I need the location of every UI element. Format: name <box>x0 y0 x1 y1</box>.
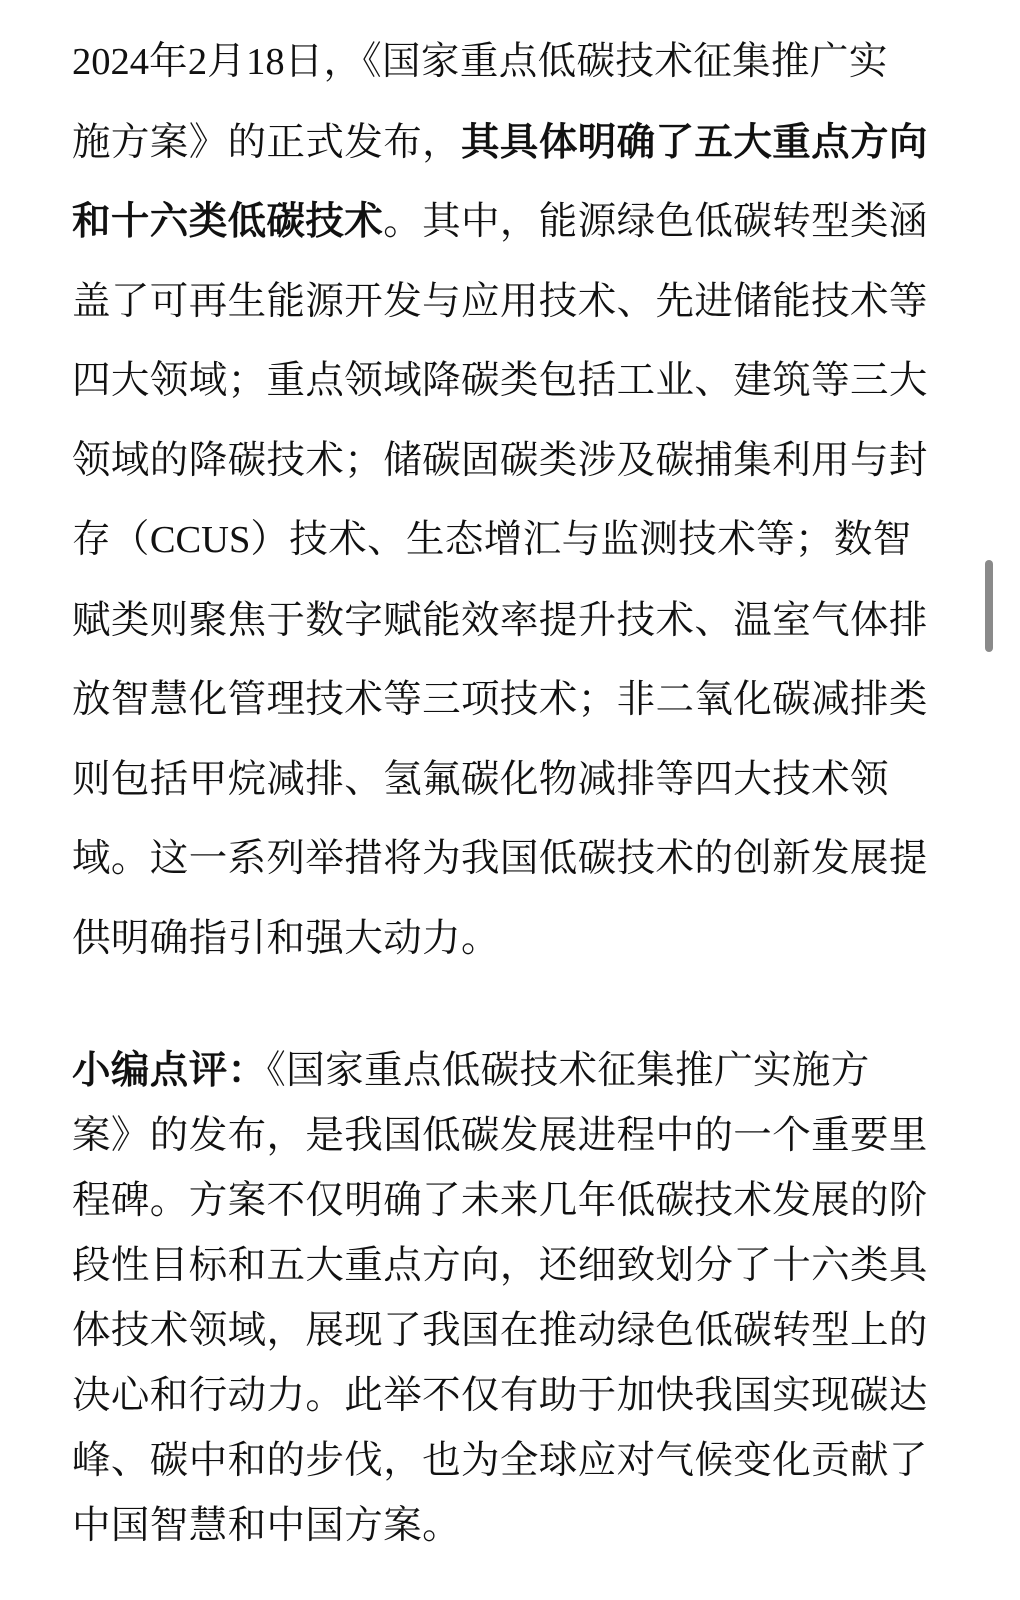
bold-highlight: 其具体明确了五大重点方向 <box>461 120 928 165</box>
text-line: 四大领域；重点领域降碳类包括工业、建筑等三大 <box>72 341 932 421</box>
article-body: 2024年2月18日，《国家重点低碳技术征集推广实 施方案》的正式发布，其具体明… <box>72 22 932 1558</box>
text-day: 18 <box>246 41 285 83</box>
text-ccus: CCUS <box>150 519 251 561</box>
text-line: 案》的发布，是我国低碳发展进程中的一个重要里 <box>72 1103 932 1168</box>
editor-comment-label: 小编点评： <box>72 1048 267 1093</box>
text-line: 领域的降碳技术；储碳固碳类涉及碳捕集利用与封 <box>72 421 932 501</box>
text-line: 中国智慧和中国方案。 <box>72 1493 932 1558</box>
text-line: 存（CCUS）技术、生态增汇与监测技术等；数智 <box>72 500 932 581</box>
text-line: 2024年2月18日，《国家重点低碳技术征集推广实 <box>72 22 932 103</box>
text-line: 段性目标和五大重点方向，还细致划分了十六类具 <box>72 1233 932 1298</box>
text-line: 小编点评：《国家重点低碳技术征集推广实施方 <box>72 1038 932 1103</box>
bold-highlight: 和十六类低碳技术 <box>72 199 383 244</box>
text-segment: 施方案》的正式发布， <box>72 120 461 165</box>
text-line: 施方案》的正式发布，其具体明确了五大重点方向 <box>72 103 932 183</box>
text-line: 程碑。方案不仅明确了未来几年低碳技术发展的阶 <box>72 1168 932 1233</box>
text-line: 赋类则聚焦于数字赋能效率提升技术、温室气体排 <box>72 581 932 661</box>
scrollbar-thumb[interactable] <box>985 560 993 652</box>
text-line: 域。这一系列举措将为我国低碳技术的创新发展提 <box>72 819 932 899</box>
text-segment: 。其中，能源绿色低碳转型类涵 <box>383 199 928 244</box>
text-line: 峰、碳中和的步伐，也为全球应对气候变化贡献了 <box>72 1428 932 1493</box>
text-segment: 年 <box>149 39 188 84</box>
text-line: 则包括甲烷减排、氢氟碳化物减排等四大技术领 <box>72 740 932 820</box>
text-line: 决心和行动力。此举不仅有助于加快我国实现碳达 <box>72 1363 932 1428</box>
text-segment: 《国家重点低碳技术征集推广实施方 <box>267 1048 870 1093</box>
text-line: 和十六类低碳技术。其中，能源绿色低碳转型类涵 <box>72 182 932 262</box>
text-segment: 存（ <box>72 517 150 562</box>
text-year: 2024 <box>72 41 149 83</box>
text-segment: 日，《国家重点低碳技术征集推广实 <box>285 39 888 84</box>
text-line: 供明确指引和强大动力。 <box>72 899 932 979</box>
text-segment: ）技术、生态增汇与监测技术等；数智 <box>250 517 911 562</box>
text-line: 放智慧化管理技术等三项技术；非二氧化碳减排类 <box>72 660 932 740</box>
text-month: 2 <box>188 41 207 83</box>
text-line: 盖了可再生能源开发与应用技术、先进储能技术等 <box>72 262 932 342</box>
paragraph-announcement: 2024年2月18日，《国家重点低碳技术征集推广实 施方案》的正式发布，其具体明… <box>72 22 932 978</box>
text-line: 体技术领域，展现了我国在推动绿色低碳转型上的 <box>72 1298 932 1363</box>
text-segment: 月 <box>207 39 246 84</box>
paragraph-editor-comment: 小编点评：《国家重点低碳技术征集推广实施方 案》的发布，是我国低碳发展进程中的一… <box>72 1038 932 1558</box>
